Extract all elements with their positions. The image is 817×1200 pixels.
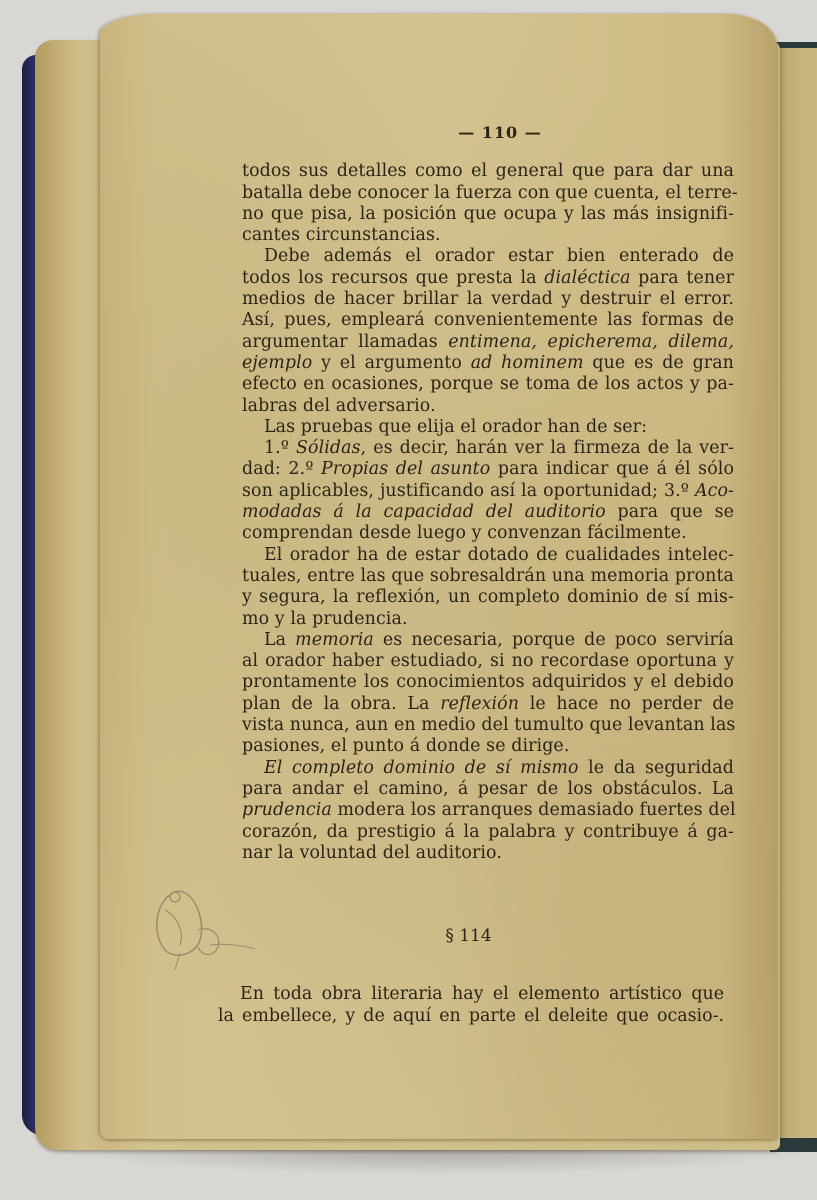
italic-term: Aco- bbox=[695, 481, 734, 501]
paragraph-6: El completo dominio de sí mismo le da se… bbox=[242, 758, 734, 864]
text-line: En toda obra literaria hay el elemento a… bbox=[218, 983, 724, 1005]
text-line: batalla debe conocer la fuerza con que c… bbox=[242, 183, 734, 204]
text-line: no que pisa, la posición que ocupa y las… bbox=[242, 204, 734, 225]
italic-term: entimena, epicherema, dilema, bbox=[448, 332, 734, 352]
text-line: ejemplo y el argumento ad hominem que es… bbox=[242, 353, 734, 374]
text-line: Así, pues, empleará convenientemente las… bbox=[242, 310, 734, 331]
text-line: argumentar llamadas entimena, epicherema… bbox=[242, 332, 734, 353]
italic-term: ejemplo bbox=[242, 353, 312, 373]
paragraph-3: Las pruebas que elija el orador han de s… bbox=[242, 417, 734, 545]
paragraph-2: Debe además el orador estar bien enterad… bbox=[242, 246, 734, 416]
section-heading: § 114 bbox=[0, 926, 817, 946]
text-line: todos sus detalles como el general que p… bbox=[242, 161, 734, 182]
text-line: todos los recursos que presta la dialéct… bbox=[242, 268, 734, 289]
text-line: Las pruebas que elija el orador han de s… bbox=[242, 417, 734, 438]
text-line: son aplicables, justificando así la opor… bbox=[242, 481, 734, 502]
italic-term: ad hominem bbox=[471, 353, 584, 373]
text-line: corazón, da prestigio á la palabra y con… bbox=[242, 822, 734, 843]
italic-term: Sólidas bbox=[296, 438, 361, 458]
italic-term: memoria bbox=[295, 630, 374, 650]
italic-term: Propias del asunto bbox=[321, 459, 490, 479]
text-line: prontamente los conocimientos adquiridos… bbox=[242, 672, 734, 693]
text-line: medios de hacer brillar la verdad y dest… bbox=[242, 289, 734, 310]
text-line: 1.º Sólidas, es decir, harán ver la firm… bbox=[242, 438, 734, 459]
text-line: El orador ha de estar dotado de cualidad… bbox=[242, 545, 734, 566]
text-line: y segura, la reflexión, un completo domi… bbox=[242, 587, 734, 608]
italic-term: prudencia bbox=[242, 800, 332, 820]
italic-term: modadas á la capacidad del auditorio bbox=[242, 502, 606, 522]
text-line: mo y la prudencia. bbox=[242, 609, 734, 630]
italic-term: dialéctica bbox=[544, 268, 630, 288]
text-line: labras del adversario. bbox=[242, 396, 734, 417]
text-line: La memoria es necesaria, porque de poco … bbox=[242, 630, 734, 651]
page-number: — 110 — bbox=[242, 122, 734, 143]
text-line: al orador haber estudiado, si no recorda… bbox=[242, 651, 734, 672]
text-line: cantes circunstancias. bbox=[242, 225, 734, 246]
text-line: dad: 2.º Propias del asunto para indicar… bbox=[242, 459, 734, 480]
text-line: la embellece, y de aquí en parte el dele… bbox=[218, 1005, 724, 1027]
text-line: comprendan desde luego y convenzan fácil… bbox=[242, 523, 734, 544]
section-body: En toda obra literaria hay el elemento a… bbox=[218, 983, 724, 1027]
facing-page-edge bbox=[776, 48, 817, 1138]
paragraph-1: todos sus detalles como el general que p… bbox=[242, 161, 734, 246]
text-line: para andar el camino, á pesar de los obs… bbox=[242, 779, 734, 800]
text-line: tuales, entre las que sobresaldrán una m… bbox=[242, 566, 734, 587]
text-line: plan de la obra. La reflexión le hace no… bbox=[242, 694, 734, 715]
italic-term: reflexión bbox=[440, 694, 519, 714]
paragraph-5: La memoria es necesaria, porque de poco … bbox=[242, 630, 734, 758]
paragraph-4: El orador ha de estar dotado de cualidad… bbox=[242, 545, 734, 630]
text-line: El completo dominio de sí mismo le da se… bbox=[242, 758, 734, 779]
text-line: vista nunca, aun en medio del tumulto qu… bbox=[242, 715, 734, 736]
text-line: efecto en ocasiones, porque se toma de l… bbox=[242, 374, 734, 395]
text-line: modadas á la capacidad del auditorio par… bbox=[242, 502, 734, 523]
text-line: pasiones, el punto á donde se dirige. bbox=[242, 736, 734, 757]
page-body: — 110 — todos sus detalles como el gener… bbox=[242, 122, 734, 864]
italic-term: El completo dominio de sí mismo bbox=[264, 758, 579, 778]
text-line: Debe además el orador estar bien enterad… bbox=[242, 246, 734, 267]
text-line: prudencia modera los arranques demasiado… bbox=[242, 800, 734, 821]
text-line: nar la voluntad del auditorio. bbox=[242, 843, 734, 864]
